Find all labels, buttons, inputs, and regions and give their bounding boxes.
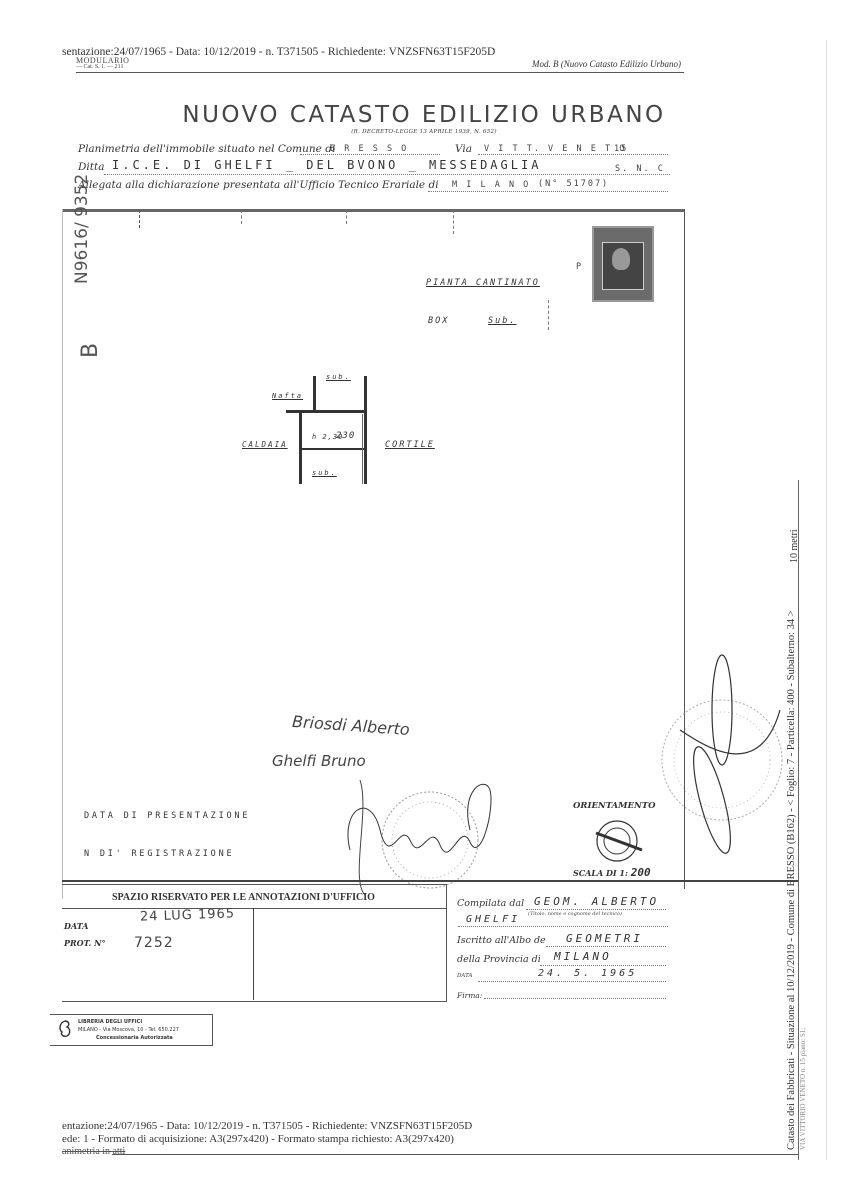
wall-right xyxy=(364,376,367,484)
firma-label: Firma: xyxy=(457,991,482,1000)
decree-reference: (R. DECRETO-LEGGE 13 APRILE 1939, N. 652… xyxy=(0,129,848,135)
ditta-label: Ditta xyxy=(78,161,104,173)
albo-line xyxy=(546,946,666,947)
compiler-surname: GHELFI xyxy=(466,914,520,925)
bottom-rule xyxy=(62,880,798,882)
right-scan-edge xyxy=(826,40,827,1160)
compiler-data-value: 24. 5. 1965 xyxy=(538,968,637,979)
printer-line-1: LIBRERIA DEGLI UFFICI xyxy=(78,1019,142,1025)
ufficio-value: M I L A N O xyxy=(452,180,530,190)
albo-label: Iscritto all'Albo de xyxy=(457,935,546,946)
office-section-title: SPAZIO RISERVATO PER LE ANNOTAZIONI D'UF… xyxy=(112,892,375,903)
label-box-id: 230 xyxy=(336,431,355,441)
drawing-frame-top xyxy=(62,209,684,212)
compiler-left-border xyxy=(446,884,447,1000)
office-prot-label: PROT. N° xyxy=(64,938,105,948)
north-arrow-icon xyxy=(592,818,644,864)
comune-value: B R E S S O xyxy=(330,144,408,154)
printer-logo-icon xyxy=(58,1020,72,1038)
label-caldaia: CALDAIA xyxy=(242,440,288,449)
surname-line xyxy=(458,926,668,927)
allegata-label: Allegata alla dichiarazione presentata a… xyxy=(78,179,439,191)
data-presentazione-label: DATA DI PRESENTAZIONE xyxy=(84,811,250,821)
footer-line-1: entazione:24/07/1965 - Data: 10/12/2019 … xyxy=(62,1120,472,1132)
signature-2: Ghelfi Bruno xyxy=(272,752,366,770)
margin-letter: B xyxy=(78,343,103,358)
model-label: Mod. B (Nuovo Catasto Edilizio Urbano) xyxy=(532,59,681,69)
wall-vertical-upper xyxy=(313,376,316,412)
label-nafta: Nafta xyxy=(272,392,303,400)
box-sub-label: Sub. xyxy=(488,316,516,326)
label-sub-top: sub. xyxy=(326,373,351,381)
tick-3 xyxy=(346,210,348,224)
via-value: V I T T. V E N E T O xyxy=(484,144,626,154)
compilata-hint: (Titolo, nome e cognome del tecnico) xyxy=(528,911,622,917)
office-prot-value: 7252 xyxy=(134,935,174,951)
tick-5 xyxy=(548,300,550,330)
printer-line-2: MILANO - Via Moscova, 10 - Tel. 650.227 xyxy=(78,1027,179,1033)
compilata-value: GEOM. ALBERTO xyxy=(534,895,659,908)
printer-line-3: Concessionaria Autorizzata xyxy=(96,1035,173,1041)
stamp-corner-mark: P xyxy=(576,262,583,272)
tick-1 xyxy=(139,210,141,228)
footer-line-2: ede: 1 - Formato di acquisizione: A3(297… xyxy=(62,1133,454,1145)
planimetria-label: Planimetria dell'immobile situato nel Co… xyxy=(78,143,335,155)
label-sub-bottom: sub. xyxy=(312,469,337,477)
signature-1: Briosdi Alberto xyxy=(291,712,410,739)
provincia-label: della Provincia di xyxy=(457,954,541,965)
compiler-data-line xyxy=(478,981,666,982)
tick-2 xyxy=(241,210,243,224)
printer-stamp: LIBRERIA DEGLI UFFICI MILANO - Via Mosco… xyxy=(50,1014,213,1046)
office-seal-scribble xyxy=(660,650,800,870)
provincia-line xyxy=(540,965,666,966)
revenue-stamp xyxy=(592,226,654,302)
cadastral-address: VIA VITTORIO VENETO n. 15 piano: S1; xyxy=(799,1028,807,1150)
margin-handwritten-number: N9616/ 9352 xyxy=(72,174,92,284)
wall-right-inner xyxy=(362,414,363,484)
office-title-rule xyxy=(62,908,446,909)
ditta-suffix: S. N. C xyxy=(615,164,665,174)
footer-rule xyxy=(112,1154,798,1155)
compilata-line xyxy=(526,909,666,910)
civico-value: 15 xyxy=(614,144,628,154)
firma-line xyxy=(484,998,666,999)
compilata-label: Compilata dal xyxy=(457,898,524,909)
drawing-frame-left xyxy=(62,209,63,899)
footer-line-3: animetria in atti xyxy=(62,1146,125,1157)
albo-value: GEOMETRI xyxy=(566,932,643,945)
wall-horizontal-top xyxy=(286,410,366,413)
header-rule xyxy=(76,72,684,73)
orientation-label: ORIENTAMENTO xyxy=(573,801,656,811)
ufficio-field-line xyxy=(428,191,668,192)
n-registrazione-label: N DI' REGISTRAZIONE xyxy=(84,849,234,859)
scale-value: 200 xyxy=(631,866,651,879)
wall-horizontal-mid xyxy=(299,448,365,450)
numero-value: (N° 51707) xyxy=(538,179,609,189)
provincia-value: MILANO xyxy=(554,950,612,963)
modulario-sub: — Cat. S. 1. — 211 xyxy=(76,64,123,70)
compiler-data-label: DATA xyxy=(457,973,472,979)
label-cortile: CORTILE xyxy=(385,440,435,450)
scale-prefix: SCALA DI 1: xyxy=(573,868,628,878)
tick-4 xyxy=(453,210,455,234)
ditta-value: I.C.E. DI GHELFI _ DEL BVONO _ MESSEDAGL… xyxy=(112,158,541,172)
plan-heading: PIANTA CANTINATO xyxy=(426,278,540,288)
comune-field-line xyxy=(300,154,440,155)
box-label: BOX xyxy=(428,316,449,326)
via-field-line xyxy=(478,154,668,155)
document-title: NUOVO CATASTO EDILIZIO URBANO xyxy=(0,102,848,128)
office-data-label: DATA xyxy=(64,921,88,931)
scale-label: SCALA DI 1: 200 xyxy=(573,866,651,879)
scale-bar-label: 10 metri xyxy=(789,529,800,563)
ditta-field-line xyxy=(104,174,670,175)
via-label: Via xyxy=(455,143,472,155)
office-divider xyxy=(253,908,254,1000)
